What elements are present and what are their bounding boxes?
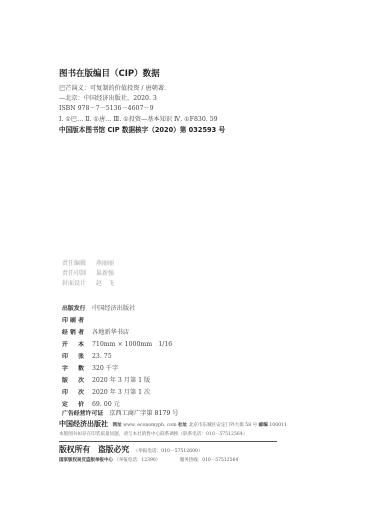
pub-key: 开本 [62,343,84,349]
ad-license-row: 广告经营许可证京西工商广字第 8179 号 [62,411,178,418]
cip-book-title-line: 巴芒演义：可复制的价值投资 / 唐朝著. [59,86,166,92]
cip-title: 图书在版编目（CIP）数据 [59,70,160,79]
cip-classification-line: Ⅰ. ①巴… Ⅱ. ①唐… Ⅲ. ①投资—基本知识 Ⅳ. ①F830. 59 [59,117,218,123]
service-hotline: 服务热线：010－57512564 [180,458,239,463]
pub-value: 2020 年 3 月第 1 版 [92,377,150,384]
pub-row-sheets: 印张23. 75 [62,354,112,361]
cip-record-number: 中国版本图书馆 CIP 数据核字（2020）第 032593 号 [59,127,225,134]
rights-line: 版权所有 盗版必究 （举报电话：010－57512600） [59,446,203,455]
pub-key: 出版发行 [62,307,92,313]
pub-key: 定价 [62,403,84,409]
pub-row-price: 定价69. 00 元 [62,402,120,409]
pub-key: 经销者 [62,331,84,337]
pub-row-word-count: 字数320 千字 [62,366,118,373]
pub-value: 中国经济出版社 [92,305,135,312]
pub-key: 字数 [62,367,84,373]
pub-row-printer: 印刷者 [62,318,92,325]
rights-statement: 版权所有 盗版必究 [59,445,129,454]
credit-role: 封面设计 [62,281,96,287]
pub-value: 各地新华书店 [92,329,129,336]
pub-key: 印刷者 [62,319,84,325]
address-label: 社址 [178,423,187,428]
anti-piracy-center: 国家版权局反盗版举报中心 [59,458,113,463]
copyright-page: 图书在版编目（CIP）数据 巴芒演义：可复制的价值投资 / 唐朝著. —北京：中… [0,0,375,525]
report-phone: （举报电话：010－57512600） [134,449,203,454]
cip-isbn-line: ISBN 978－7－5136－4607－9 [59,106,154,112]
pub-row-edition: 版次2020 年 3 月第 1 版 [62,378,150,385]
credit-editor: 责任编辑燕丽丽 [62,261,114,267]
website-link[interactable]: www. economyph. com [123,423,176,428]
cip-publisher-line: —北京：中国经济出版社，2020. 3 [59,96,157,102]
credit-name: 燕丽丽 [96,260,114,267]
pub-row-publisher: 出版发行中国经济出版社 [62,306,135,313]
credit-role: 责任印制 [62,271,96,277]
pub-key: 印次 [62,391,84,397]
anti-piracy-phone: （举报电话：12390） [114,458,160,463]
pub-row-impression: 印次2020 年 3 月第 1 次 [62,390,150,397]
publisher-name: 中国经济出版社 [59,419,108,428]
credit-name: 巢新强 [96,270,114,277]
postcode-label: 邮编 [259,423,268,428]
pub-row-distributor: 经销者各地新华书店 [62,330,129,337]
footer-divider [59,441,277,442]
pub-value: 320 千字 [92,365,118,372]
publisher-contact-line: 中国经济出版社 网址 www. economyph. com 社址 北京市东城区… [59,420,287,429]
anti-piracy-line: 国家版权局反盗版举报中心 （举报电话：12390） 服务热线：010－57512… [59,459,238,464]
postcode-text: 100011 [269,423,287,428]
ad-license-key: 广告经营许可证 [62,411,103,417]
ad-license-value: 京西工商广字第 8179 号 [109,410,178,417]
pub-value: 23. 75 [92,353,112,360]
pub-value: 710mm × 1000mm 1/16 [92,341,172,348]
pub-key: 版次 [62,379,84,385]
website-label: 网址 [112,423,121,428]
credit-name: 赵 飞 [96,280,114,287]
credit-cover-designer: 封面设计赵 飞 [62,281,114,287]
pub-value: 69. 00 元 [92,401,120,408]
pub-key: 印张 [62,355,84,361]
quality-notice: 本版图书如存在印装质量问题，请与本社销售中心联系调换（联系电话：010－5751… [59,433,247,438]
pub-value: 2020 年 3 月第 1 次 [92,389,150,396]
pub-row-format: 开本710mm × 1000mm 1/16 [62,342,172,349]
credit-print-supervisor: 责任印制巢新强 [62,271,114,277]
address-text: 北京市东城区安定门外大街 58 号 [189,423,258,428]
credit-role: 责任编辑 [62,261,96,267]
